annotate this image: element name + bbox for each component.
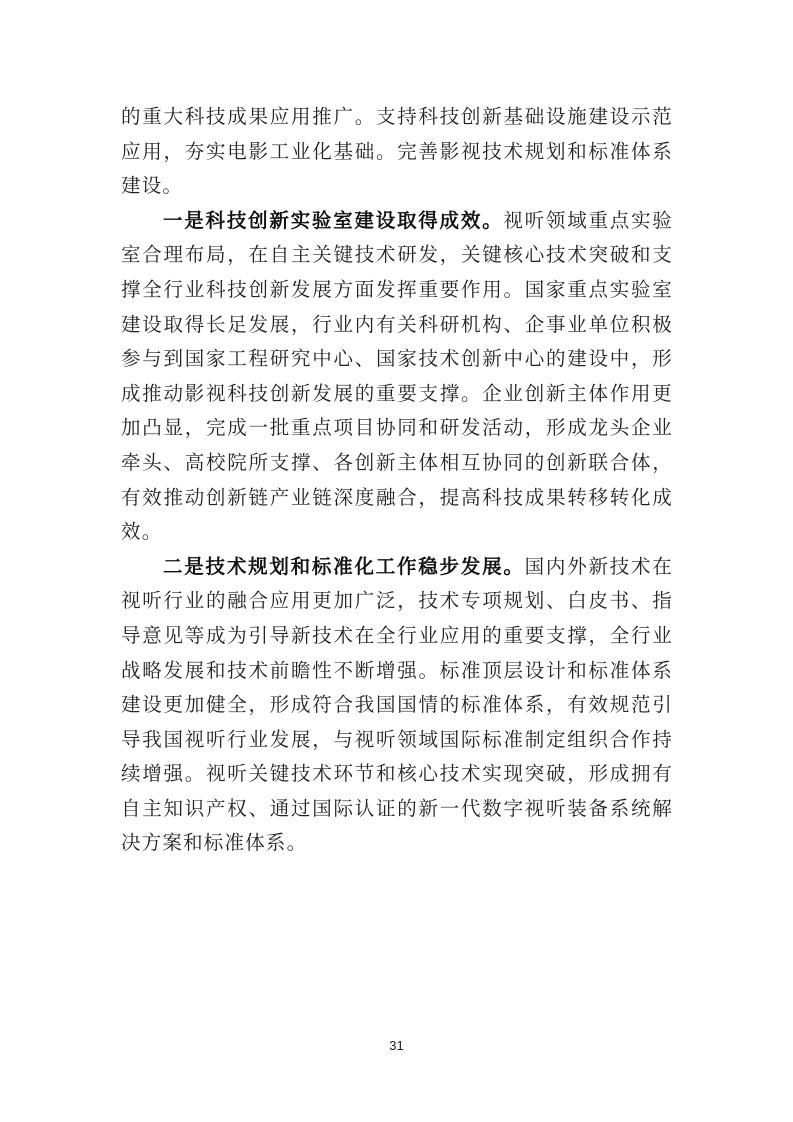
paragraph-text: 视听领域重点实验室合理布局，在自主关键技术研发，关键核心技术突破和支撑全行业科技… bbox=[121, 209, 673, 543]
paragraph-heading: 二是技术规划和标准化工作稳步发展。 bbox=[163, 555, 525, 578]
page-number: 31 bbox=[0, 1038, 793, 1053]
paragraph-lab-construction: 一是科技创新实验室建设取得成效。视听领域重点实验室合理布局，在自主关键技术研发，… bbox=[121, 204, 673, 550]
paragraph-heading: 一是科技创新实验室建设取得成效。 bbox=[163, 209, 503, 232]
paragraph-continuation: 的重大科技成果应用推广。支持科技创新基础设施建设示范应用，夯实电影工业化基础。完… bbox=[121, 100, 673, 204]
paragraph-standardization: 二是技术规划和标准化工作稳步发展。国内外新技术在视听行业的融合应用更加广泛，技术… bbox=[121, 550, 673, 861]
paragraph-text: 的重大科技成果应用推广。支持科技创新基础设施建设示范应用，夯实电影工业化基础。完… bbox=[121, 105, 673, 197]
paragraph-text: 国内外新技术在视听行业的融合应用更加广泛，技术专项规划、白皮书、指导意见等成为引… bbox=[121, 555, 673, 855]
document-body: 的重大科技成果应用推广。支持科技创新基础设施建设示范应用，夯实电影工业化基础。完… bbox=[121, 100, 673, 861]
